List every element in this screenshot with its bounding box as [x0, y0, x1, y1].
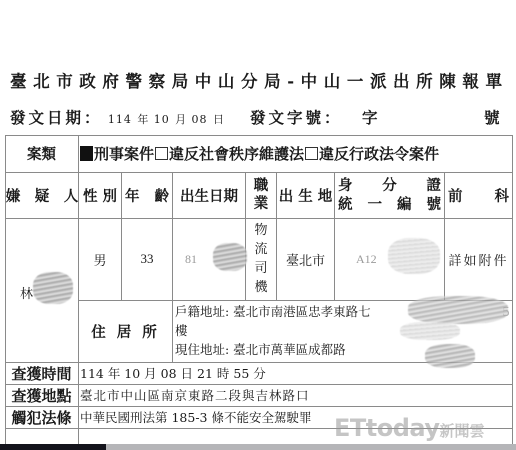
ettoday-watermark: ETtoday新聞雲	[334, 414, 485, 442]
bottom-strip-dark	[0, 444, 106, 450]
case-type-label: 案類	[5, 135, 78, 172]
header-occupation-part1: 職	[254, 177, 269, 195]
header-suspect: 嫌 疑 人	[6, 172, 78, 218]
redaction-scribble	[213, 243, 247, 271]
checkbox-checked-icon[interactable]	[80, 146, 93, 161]
case-type-option-criminal: 刑事案件	[94, 143, 154, 164]
header-id-char: 分	[382, 176, 397, 195]
header-id-char: 證	[427, 176, 442, 195]
header-criminal-record: 前 科	[445, 172, 512, 218]
detail-value-arrest-location: 臺北市中山區南京東路二段與吉林路口	[80, 384, 510, 406]
redaction-scribble	[408, 296, 508, 324]
occupation-char: 司	[254, 259, 267, 278]
suspect-birthplace: 臺北市	[277, 218, 334, 300]
detail-value-arrest-time: 114 年 10 月 08 日 21 時 55 分	[80, 362, 510, 384]
detail-label-offense: 觸犯法條	[5, 406, 78, 428]
bottom-strip-gray	[106, 444, 516, 450]
redaction-scribble	[388, 238, 440, 274]
header-age: 年 齡	[122, 172, 172, 218]
header-id-char: 身	[338, 176, 353, 195]
header-record-part1: 前	[448, 185, 463, 206]
header-id-line1: 身 分 證	[338, 176, 441, 195]
suspect-gender: 男	[79, 218, 121, 300]
detail-label-empty	[5, 428, 78, 444]
case-type-option-social-order: 違反社會秩序維護法	[169, 143, 304, 164]
watermark-brand: ETtoday	[334, 414, 440, 442]
occupation-char: 物	[254, 221, 267, 240]
header-id-line2: 統 一 編 號	[338, 195, 441, 214]
header-occupation-part2: 業	[254, 195, 269, 213]
header-id-char: 號	[427, 195, 442, 214]
header-birth-date: 出生日期	[173, 172, 245, 218]
occupation-char: 流	[254, 240, 267, 259]
case-type-option-administrative: 違反行政法令案件	[319, 143, 439, 164]
redaction-scribble	[400, 322, 460, 340]
header-id-char: 一	[368, 195, 383, 214]
header-record-part2: 科	[495, 185, 510, 206]
detail-label-arrest-location: 查獲地點	[5, 384, 78, 406]
header-occupation: 職 業	[246, 172, 276, 218]
header-id-char: 統	[338, 195, 353, 214]
header-id-number: 身 分 證 統 一 編 號	[335, 172, 444, 218]
header-age-part1: 年	[125, 185, 140, 206]
suspect-age: 33	[122, 218, 172, 300]
header-gender: 性 別	[79, 172, 121, 218]
suspect-criminal-record: 詳如附件	[445, 218, 512, 300]
residence-label: 住 居 所	[79, 300, 172, 362]
occupation-char: 機	[254, 278, 267, 297]
redaction-scribble	[33, 272, 73, 304]
detail-label-arrest-time: 查獲時間	[5, 362, 78, 384]
header-birthplace: 出 生 地	[277, 172, 334, 218]
header-id-char: 編	[397, 195, 412, 214]
registered-address-text: 戶籍地址: 臺北市南港區忠孝東路七	[175, 304, 371, 319]
checkbox-empty-icon[interactable]	[155, 147, 168, 160]
watermark-brand-cn: 新聞雲	[440, 422, 485, 440]
checkbox-empty-icon[interactable]	[305, 147, 318, 160]
table-border-right	[512, 135, 513, 444]
suspect-occupation: 物 流 司 機	[246, 218, 276, 300]
header-age-part2: 齡	[155, 185, 170, 206]
case-type-options: 刑事案件 違反社會秩序維護法 違反行政法令案件	[80, 135, 510, 172]
